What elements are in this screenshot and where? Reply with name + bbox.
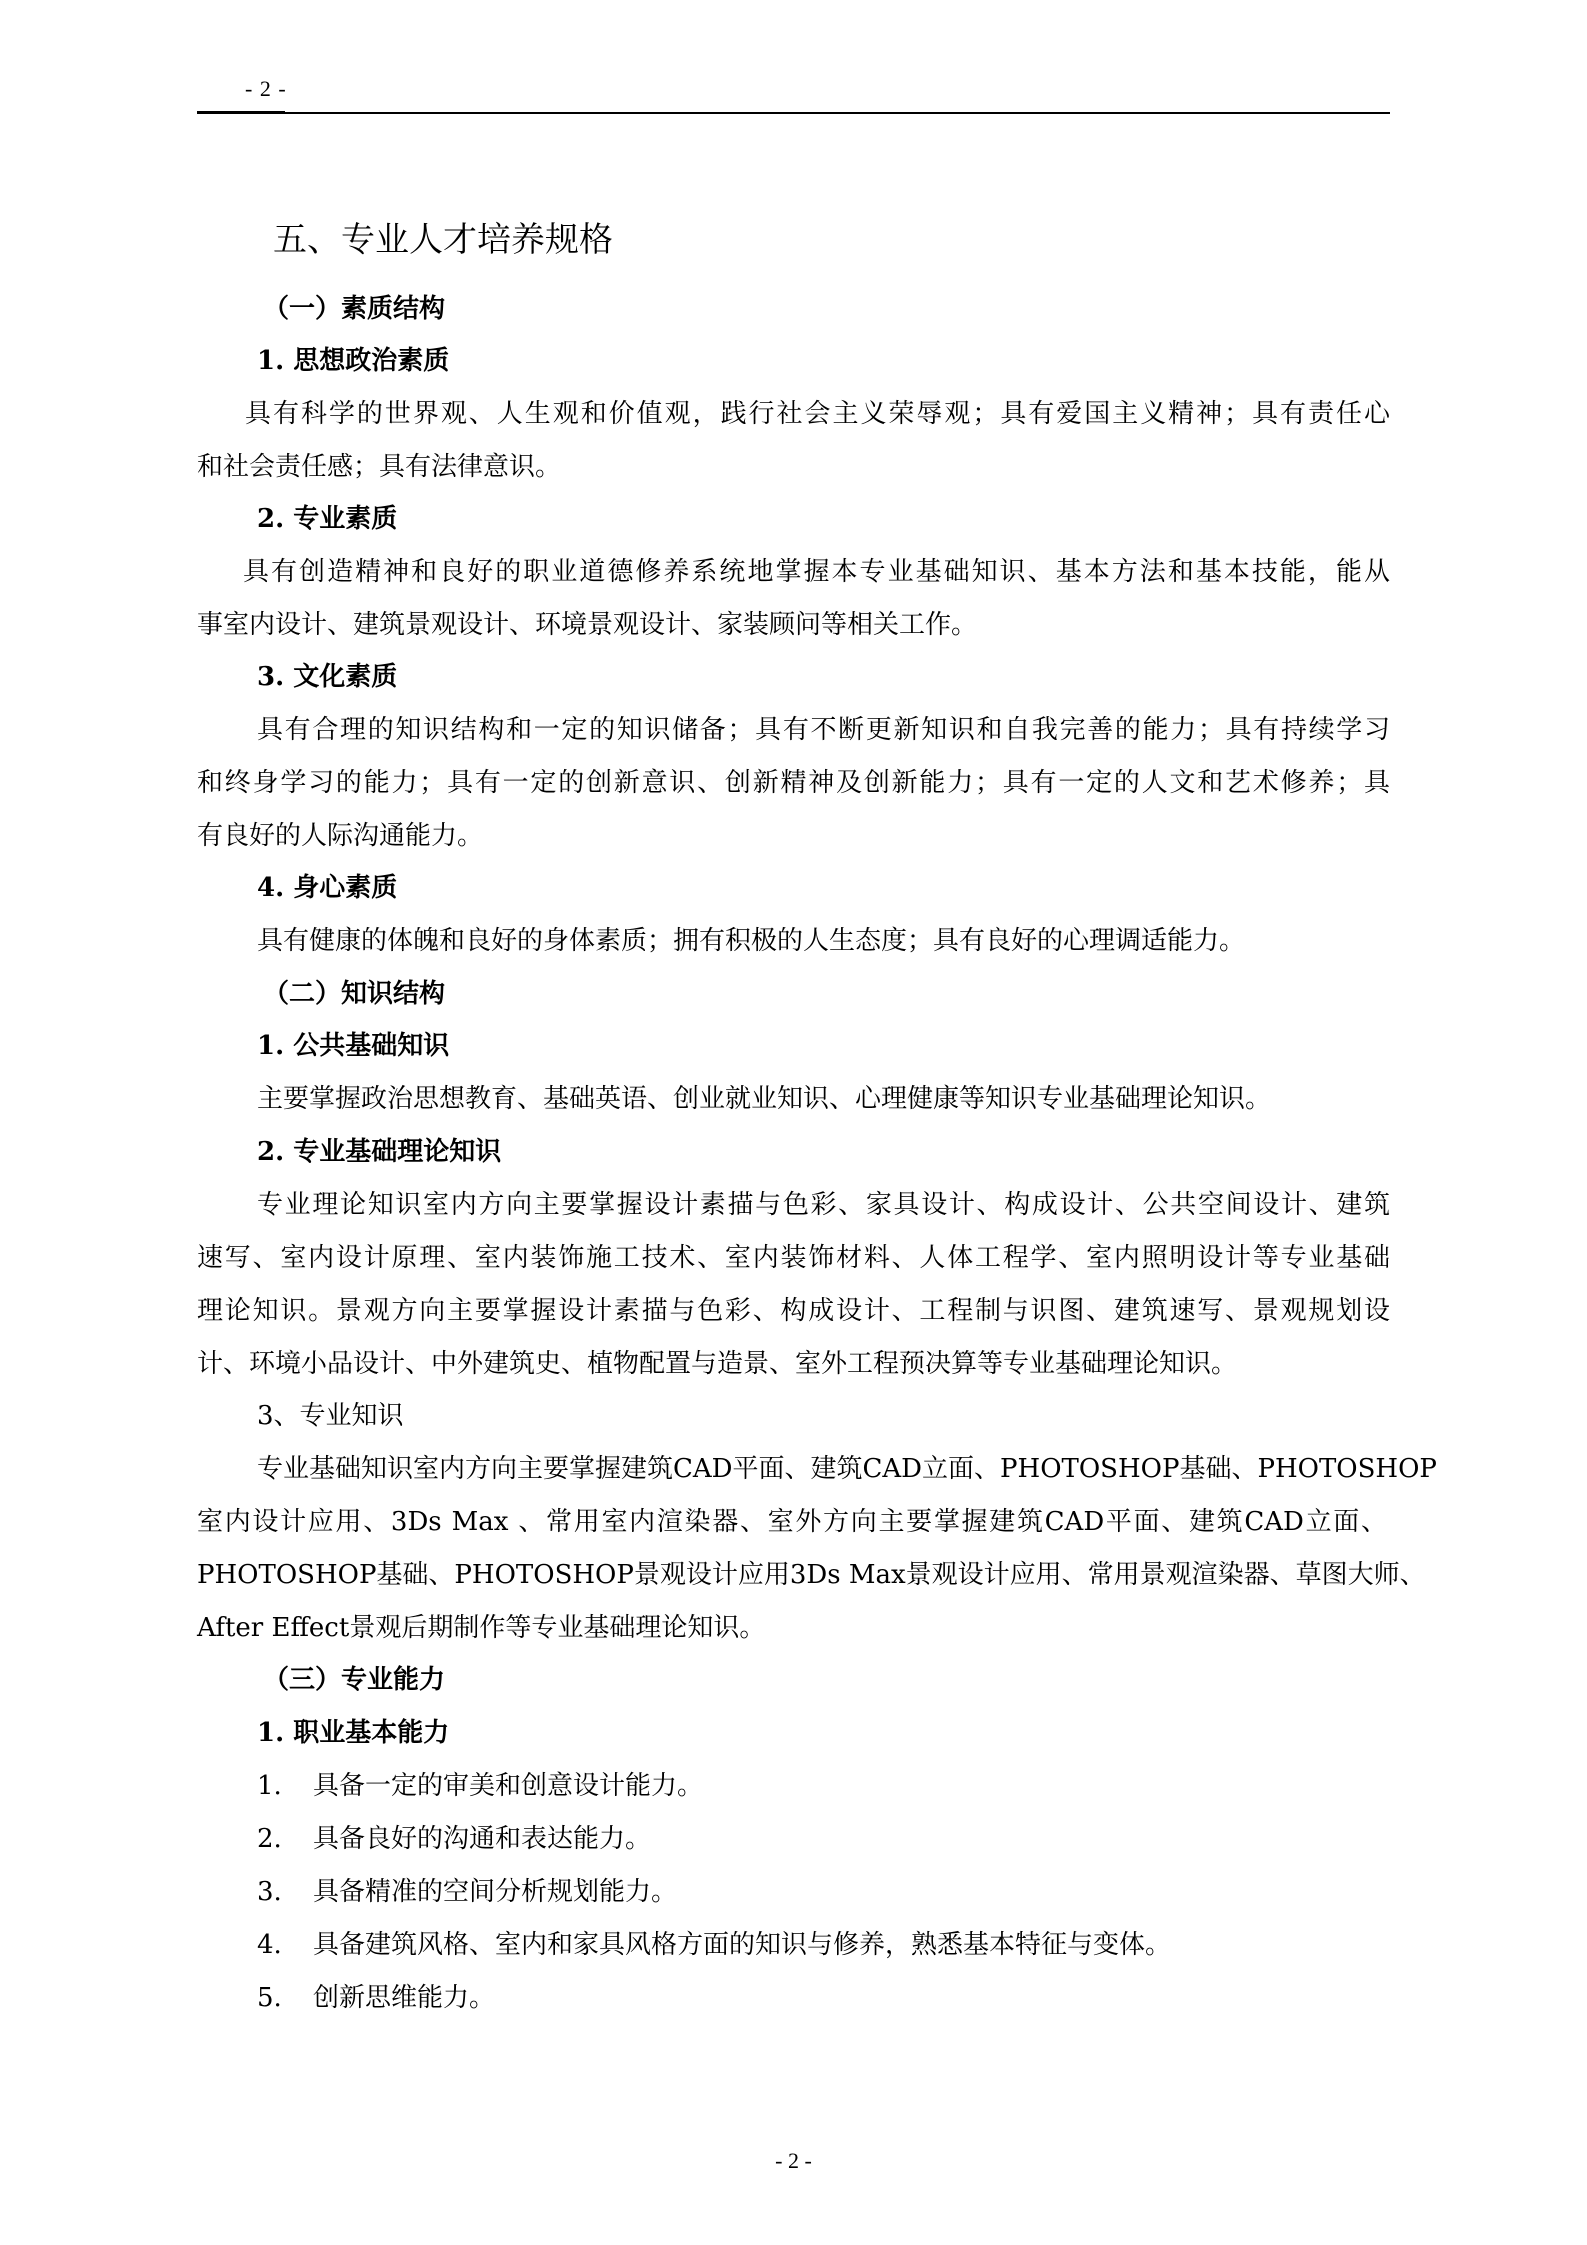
list-item: 1.具备一定的审美和创意设计能力。 — [257, 1769, 703, 1803]
item-heading: 2. 专业素质 — [257, 502, 397, 536]
section-title: 五、专业人才培养规格 — [273, 218, 613, 262]
page-footer-number: - 2 - — [0, 2148, 1587, 2174]
paragraph-line: 室内设计应用、3Ds Max 、常用室内渲染器、室外方向主要掌握建筑CAD平面、… — [197, 1505, 1387, 1539]
paragraph-line: 主要掌握政治思想教育、基础英语、创业就业知识、心理健康等知识专业基础理论知识。 — [257, 1082, 1271, 1116]
paragraph-line: PHOTOSHOP基础、PHOTOSHOP景观设计应用3Ds Max景观设计应用… — [197, 1558, 1387, 1592]
item-heading: 3. 文化素质 — [257, 660, 397, 694]
header-rule — [197, 112, 1390, 114]
subsection-heading-quality: （一）素质结构 — [263, 292, 445, 326]
item-heading: 1. 公共基础知识 — [257, 1029, 449, 1063]
item-heading: 4. 身心素质 — [257, 871, 397, 905]
list-item-text: 具备精准的空间分析规划能力。 — [313, 1877, 677, 1907]
paragraph-line: 专业基础知识室内方向主要掌握建筑CAD平面、建筑CAD立面、PHOTOSHOP基… — [197, 1452, 1390, 1486]
list-item-number: 2. — [257, 1822, 313, 1856]
list-item: 5.创新思维能力。 — [257, 1981, 495, 2015]
subsection-heading-ability: （三）专业能力 — [263, 1663, 445, 1697]
paragraph-line: 事室内设计、建筑景观设计、环境景观设计、家装顾问等相关工作。 — [197, 608, 977, 642]
header-page-number: - 2 - — [245, 76, 287, 102]
list-item-number: 1. — [257, 1769, 313, 1803]
paragraph-line: 速写、室内设计原理、室内装饰施工技术、室内装饰材料、人体工程学、室内照明设计等专… — [197, 1241, 1390, 1275]
item-heading: 1. 思想政治素质 — [257, 344, 449, 378]
list-item-number: 4. — [257, 1928, 313, 1962]
list-item-text: 创新思维能力。 — [313, 1983, 495, 2013]
item-heading: 1. 职业基本能力 — [257, 1716, 449, 1750]
paragraph-line: 理论知识。景观方向主要掌握设计素描与色彩、构成设计、工程制与识图、建筑速写、景观… — [197, 1294, 1390, 1328]
paragraph-line: 和终身学习的能力；具有一定的创新意识、创新精神及创新能力；具有一定的人文和艺术修… — [197, 766, 1390, 800]
paragraph-line: 具有健康的体魄和良好的身体素质；拥有积极的人生态度；具有良好的心理调适能力。 — [257, 924, 1245, 958]
paragraph-line: After Effect景观后期制作等专业基础理论知识。 — [197, 1611, 765, 1645]
paragraph-line: 有良好的人际沟通能力。 — [197, 819, 483, 853]
list-item-text: 具备一定的审美和创意设计能力。 — [313, 1771, 703, 1801]
list-item: 4.具备建筑风格、室内和家具风格方面的知识与修养，熟悉基本特征与变体。 — [257, 1928, 1171, 1962]
page-header: - 2 - — [197, 70, 1390, 116]
list-item-text: 具备建筑风格、室内和家具风格方面的知识与修养，熟悉基本特征与变体。 — [313, 1930, 1171, 1960]
list-item-number: 5. — [257, 1981, 313, 2015]
list-item-number: 3. — [257, 1875, 313, 1909]
list-item: 3.具备精准的空间分析规划能力。 — [257, 1875, 677, 1909]
list-item: 2.具备良好的沟通和表达能力。 — [257, 1822, 651, 1856]
subsection-heading-knowledge: （二）知识结构 — [263, 977, 445, 1011]
item-heading: 2. 专业基础理论知识 — [257, 1135, 501, 1169]
header-rule-accent — [197, 111, 285, 114]
item-heading: 3、专业知识 — [257, 1399, 404, 1433]
paragraph-line: 具有合理的知识结构和一定的知识储备；具有不断更新知识和自我完善的能力；具有持续学… — [197, 713, 1390, 747]
list-item-text: 具备良好的沟通和表达能力。 — [313, 1824, 651, 1854]
paragraph-line: 和社会责任感；具有法律意识。 — [197, 450, 561, 484]
paragraph-line: 专业理论知识室内方向主要掌握设计素描与色彩、家具设计、构成设计、公共空间设计、建… — [197, 1188, 1390, 1222]
paragraph-line: 计、环境小品设计、中外建筑史、植物配置与造景、室外工程预决算等专业基础理论知识。 — [197, 1347, 1237, 1381]
paragraph-line: 具有创造精神和良好的职业道德修养系统地掌握本专业基础知识、基本方法和基本技能，能… — [197, 555, 1390, 589]
paragraph-line: 具有科学的世界观、人生观和价值观，践行社会主义荣辱观；具有爱国主义精神；具有责任… — [197, 397, 1390, 431]
